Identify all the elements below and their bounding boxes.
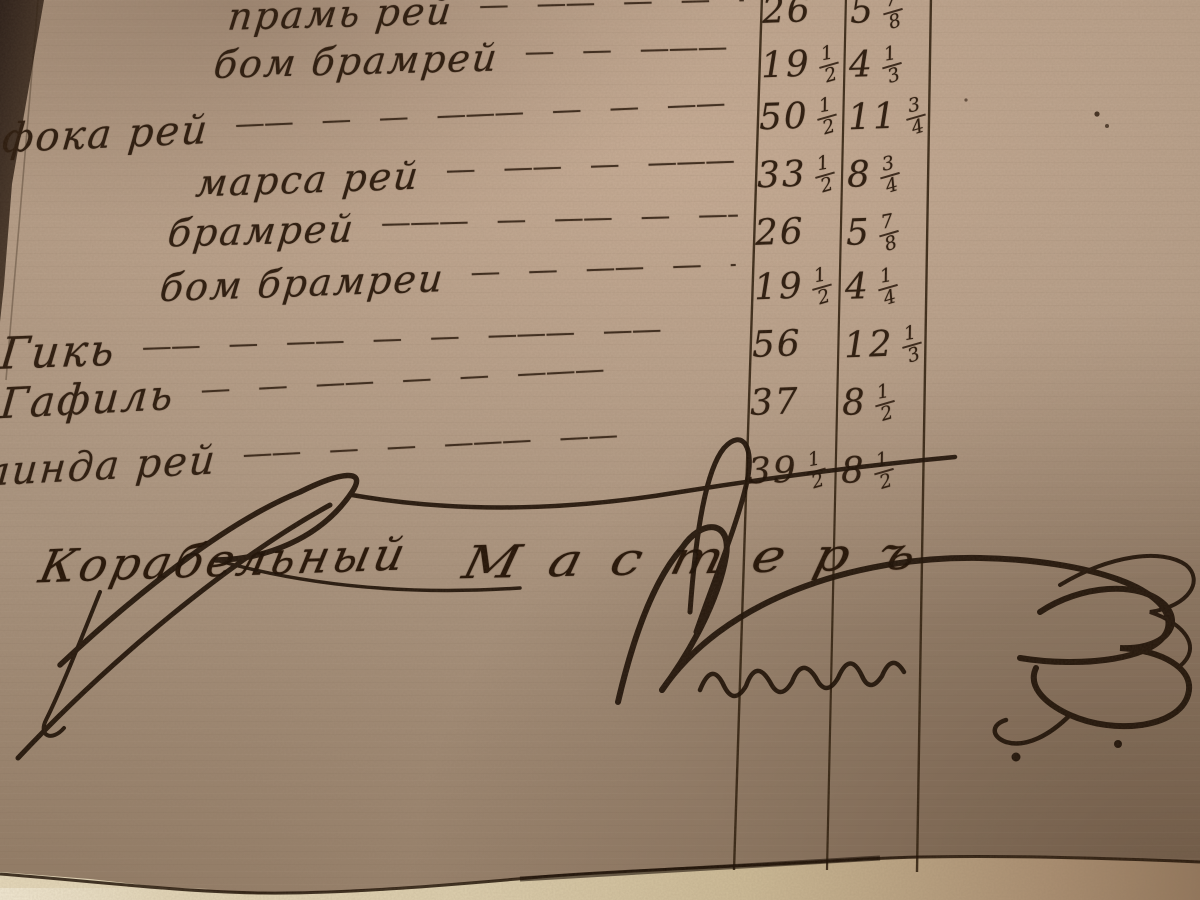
- signature-oval-flourish: [662, 558, 1169, 690]
- signature-tail: [995, 715, 1070, 743]
- strike-through-last-row: [352, 457, 955, 507]
- signature-flourish: [60, 475, 357, 665]
- signature-small-letters: [700, 663, 904, 696]
- signature-flourish: [44, 592, 100, 736]
- ink-dot: [1114, 740, 1122, 748]
- ink-dot: [1012, 753, 1021, 762]
- signature-flourish: [690, 440, 749, 632]
- signature-flourish: [216, 560, 520, 590]
- signature-flourish-layer: [0, 0, 1200, 900]
- manuscript-photo: прамь рей— —— — — ——— — —— — ———26578бом…: [0, 0, 1200, 900]
- signature-flourish: [18, 505, 330, 758]
